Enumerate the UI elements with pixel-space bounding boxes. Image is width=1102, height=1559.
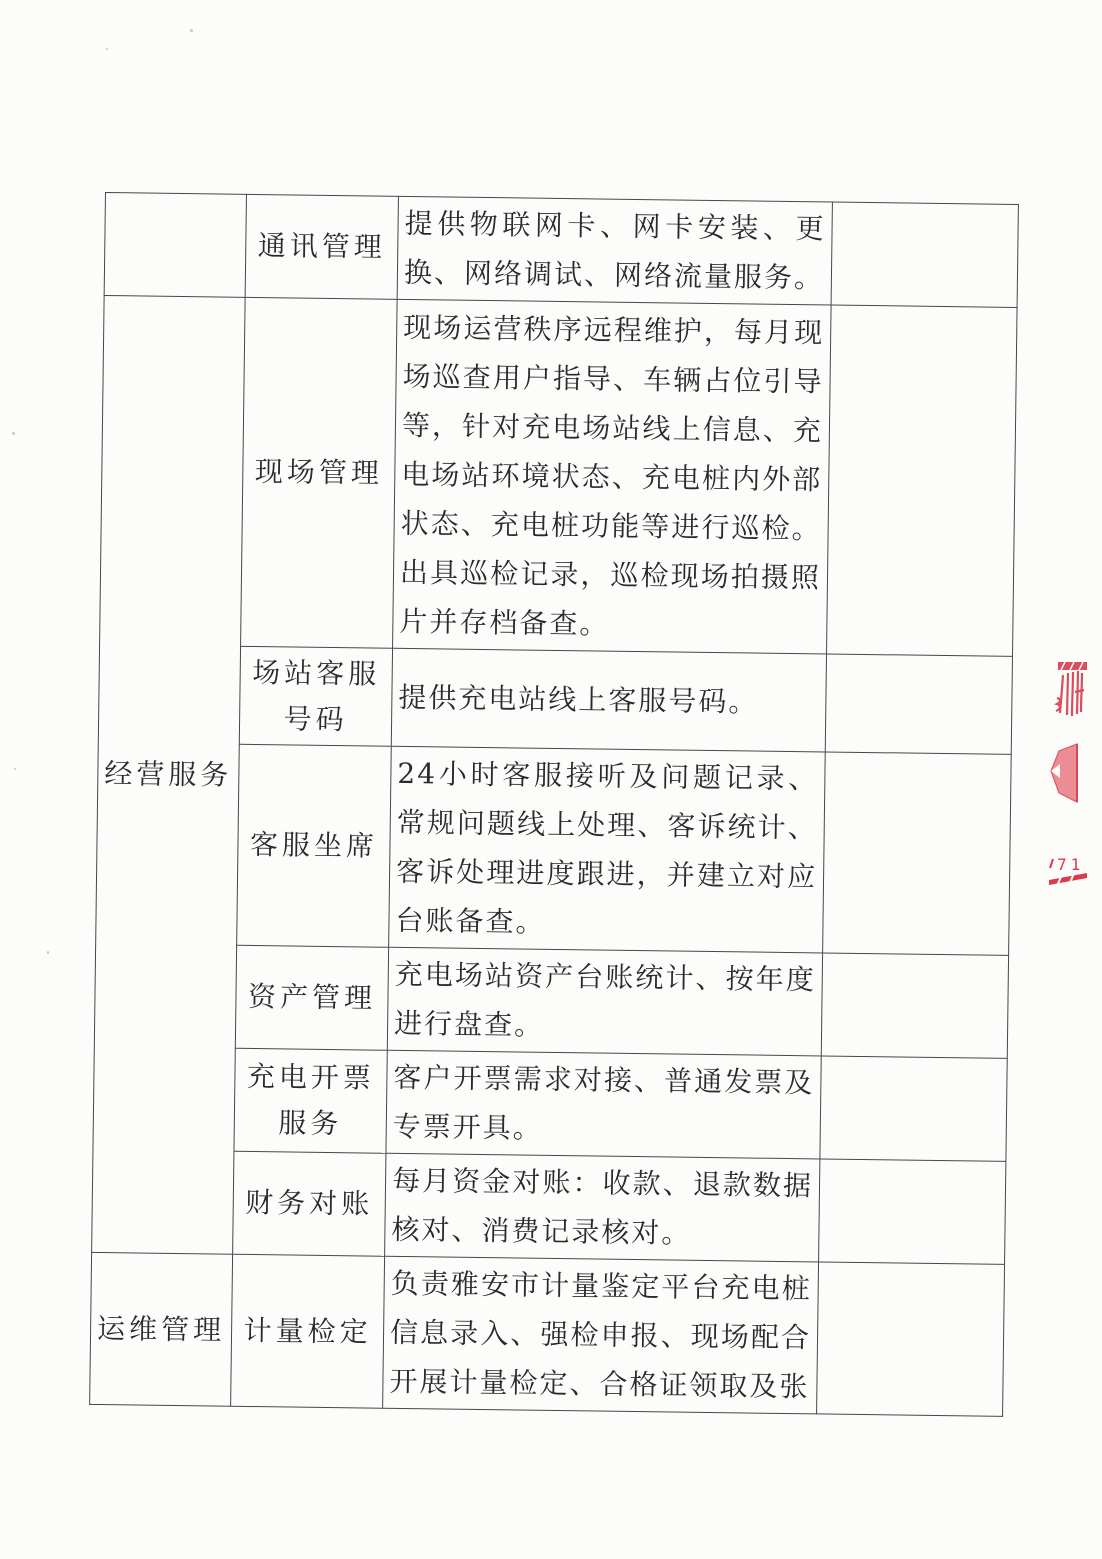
- table-row: 通讯管理 提供物联网卡、网卡安装、更换、网络调试、网络流量服务。: [104, 193, 1018, 308]
- item-cell-station-service-number: 场站客服号码: [239, 646, 392, 746]
- description-cell: 每月资金对账：收款、退款数据核对、消费记录核对。: [385, 1153, 820, 1262]
- stamp-number-fragment: 71: [1050, 855, 1084, 874]
- service-items-table: 通讯管理 提供物联网卡、网卡安装、更换、网络调试、网络流量服务。 经营服务 现场…: [89, 192, 1019, 1417]
- remark-cell-empty: [820, 1056, 1007, 1161]
- item-cell-metering-verification: 计量检定: [231, 1254, 385, 1408]
- remark-cell-empty: [827, 305, 1018, 656]
- table-row: 经营服务 现场管理 现场运营秩序远程维护，每月现场巡查用户指导、车辆占位引导等，…: [100, 295, 1017, 656]
- description-cell: 客户开票需求对接、普通发票及专票开具。: [386, 1050, 821, 1159]
- scanned-document-page: 通讯管理 提供物联网卡、网卡安装、更换、网络调试、网络流量服务。 经营服务 现场…: [0, 0, 1102, 1559]
- item-cell-financial-reconciliation: 财务对账: [233, 1151, 386, 1256]
- paper-speck: [12, 432, 15, 435]
- paper-speck: [14, 768, 16, 770]
- remark-cell-empty: [825, 654, 1012, 754]
- description-cell: 24小时客服接听及问题记录、常规问题线上处理、客诉统计、客诉处理进度跟进，并建立…: [389, 746, 826, 953]
- description-cell: 负责雅安市计量鉴定平台充电桩信息录入、强检申报、现场配合开展计量检定、合格证领取…: [383, 1256, 819, 1414]
- description-cell: 提供充电站线上客服号码。: [391, 648, 826, 752]
- item-cell-communication-management: 通讯管理: [245, 194, 398, 299]
- remark-cell-empty: [817, 1262, 1005, 1416]
- table-row: 运维管理 计量检定 负责雅安市计量鉴定平台充电桩信息录入、强检申报、现场配合开展…: [90, 1252, 1005, 1416]
- stamp-graphic: 71: [1045, 652, 1102, 892]
- stamp-top-bar: [1058, 662, 1087, 670]
- item-cell-site-management: 现场管理: [241, 297, 398, 648]
- red-stamp-fragment: 71: [1045, 652, 1102, 892]
- stamp-character-fragment: [1056, 671, 1084, 716]
- stamp-number-text: 71: [1057, 855, 1084, 874]
- remark-cell-empty: [823, 752, 1012, 955]
- stamp-triangle-fragment: [1051, 744, 1077, 802]
- category-cell-operation-maintenance: 运维管理: [90, 1252, 233, 1406]
- description-cell: 现场运营秩序远程维护，每月现场巡查用户指导、车辆占位引导等，针对充电场站线上信息…: [393, 299, 832, 654]
- paper-speck: [106, 48, 108, 50]
- description-cell: 提供物联网卡、网卡安装、更换、网络调试、网络流量服务。: [397, 196, 832, 305]
- paper-speck: [47, 951, 49, 954]
- description-cell: 充电场站资产台账统计、按年度进行盘查。: [387, 947, 822, 1056]
- category-cell-business-services: 经营服务: [92, 295, 246, 1254]
- paper-speck: [190, 29, 193, 32]
- item-cell-customer-service-seat: 客服坐席: [237, 744, 392, 947]
- stamp-bottom-bar: [1049, 871, 1087, 886]
- remark-cell-empty: [831, 202, 1018, 307]
- table-area: 通讯管理 提供物联网卡、网卡安装、更换、网络调试、网络流量服务。 经营服务 现场…: [89, 192, 1018, 1417]
- item-cell-charging-invoice-service: 充电开票服务: [234, 1048, 387, 1153]
- item-cell-asset-management: 资产管理: [235, 945, 388, 1050]
- remark-cell-empty: [819, 1159, 1006, 1264]
- remark-cell-empty: [821, 953, 1008, 1058]
- category-cell-empty: [104, 193, 246, 298]
